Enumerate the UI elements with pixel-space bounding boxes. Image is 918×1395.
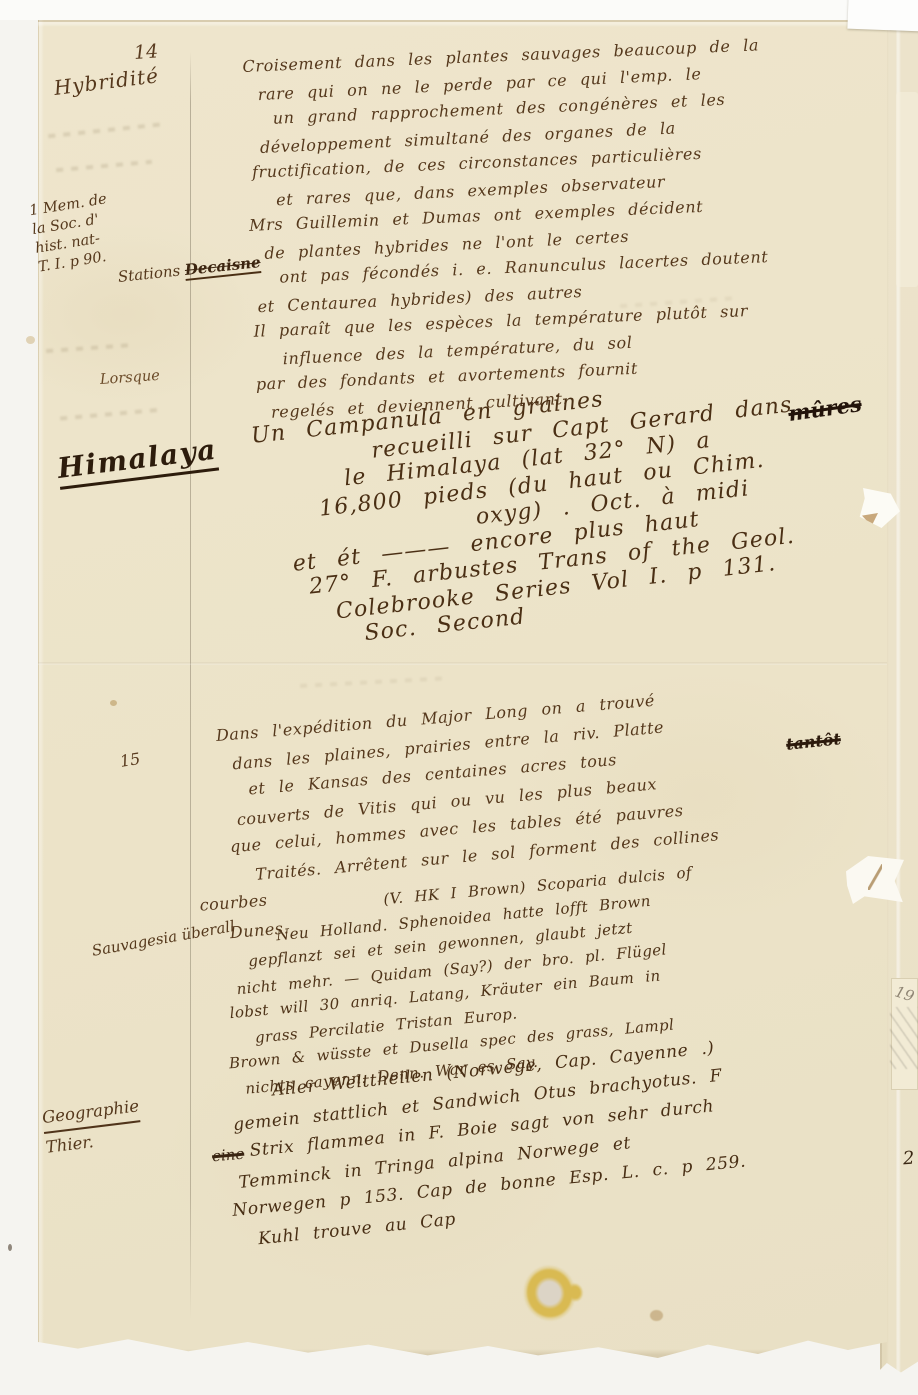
margin-note-geographie: Geographie Thier. (41, 1092, 145, 1160)
edge-label: 19 (891, 978, 918, 1090)
struck-word-eine: eine (211, 1145, 245, 1166)
edge-stray-number: 2 (902, 1148, 915, 1170)
edge-label-scribble (890, 1007, 918, 1069)
margin-note-reference: 1 Mem. dela Soc. d'hist. nat-T. I. p 90. (28, 190, 117, 277)
ink-speck (26, 336, 35, 344)
horizontal-crease (38, 662, 887, 665)
ink-speck (650, 1310, 663, 1321)
margin-rule-line (190, 52, 191, 1320)
edge-label-number: 19 (893, 982, 917, 1005)
ink-speck (8, 1244, 12, 1251)
ink-speck (110, 700, 117, 706)
page-number-14: 14 (133, 40, 159, 64)
page-number-15: 15 (119, 749, 142, 771)
scanned-manuscript: 14 15 Hybridité 1 Mem. dela Soc. d'hist.… (0, 0, 918, 1395)
